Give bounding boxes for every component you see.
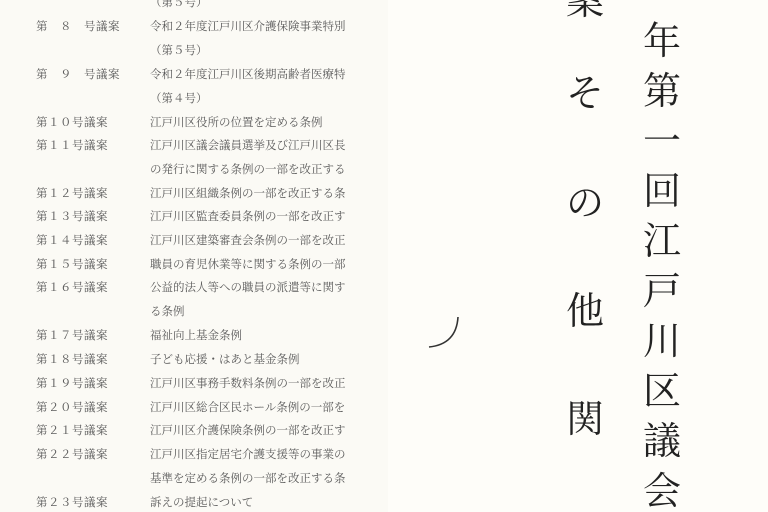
vchar: 回 [643, 172, 681, 210]
agenda-row: 第１５号議案職員の育児休業等に関する条例の一部 [0, 256, 388, 276]
vchar: の [566, 184, 604, 222]
bill-number: 第１９号議案 [36, 375, 108, 391]
agenda-row: （第５号） [0, 42, 388, 62]
vchar: 議 [643, 422, 681, 460]
vchar: そ [566, 74, 604, 112]
agenda-row: 第１４号議案江戸川区建築審査会条例の一部を改正 [0, 232, 388, 252]
bill-title: 江戸川区事務手数料条例の一部を改正 [150, 375, 346, 391]
vchar: 一 [643, 122, 681, 160]
vertical-text-outer-column: 年 第 一 回 江 戸 川 区 議 会 [643, 22, 681, 510]
bill-number: 第 ９ 号議案 [36, 66, 120, 82]
vertical-text-inner-column: 案 そ の 他 関 [566, 0, 604, 438]
bill-title: 江戸川区指定居宅介護支援等の事業の [150, 446, 346, 462]
bill-title: 江戸川区建築審査会条例の一部を改正 [150, 232, 346, 248]
bill-number: 第１６号議案 [36, 279, 108, 295]
left-page-agenda-list: （第５号）第 ８ 号議案令和２年度江戸川区介護保険事業特別（第５号）第 ９ 号議… [0, 0, 388, 512]
bill-number: 第 ８ 号議案 [36, 18, 120, 34]
bill-title: 江戸川区総合区民ホール条例の一部を [150, 399, 345, 415]
vchar: 川 [643, 322, 681, 360]
bill-number: 第１７号議案 [36, 327, 108, 343]
agenda-row: 第１１号議案江戸川区議会議員選挙及び江戸川区長 [0, 137, 388, 157]
vchar: 会 [643, 472, 681, 510]
agenda-row: 第 ９ 号議案令和２年度江戸川区後期高齢者医療特 [0, 66, 388, 86]
agenda-row: 第２０号議案江戸川区総合区民ホール条例の一部を [0, 399, 388, 419]
agenda-row: 第１０号議案江戸川区役所の位置を定める条例 [0, 114, 388, 134]
bill-title: 江戸川区役所の位置を定める条例 [150, 114, 323, 130]
bill-title: る条例 [150, 303, 185, 319]
bill-number: 第１８号議案 [36, 351, 108, 367]
agenda-row: 第２１号議案江戸川区介護保険条例の一部を改正す [0, 422, 388, 442]
vchar: 他 [566, 292, 604, 330]
agenda-row: 第１６号議案公益的法人等への職員の派遣等に関す [0, 279, 388, 299]
bill-number: 第２０号議案 [36, 399, 108, 415]
bill-title: 公益的法人等への職員の派遣等に関す [150, 279, 346, 295]
bill-title: 令和２年度江戸川区介護保険事業特別 [150, 18, 346, 34]
vchar: 江 [643, 222, 681, 260]
vchar: 戸 [643, 272, 681, 310]
bill-title: 江戸川区議会議員選挙及び江戸川区長 [150, 137, 346, 153]
bill-number: 第１１号議案 [36, 137, 108, 153]
bill-number: 第１０号議案 [36, 114, 108, 130]
bill-title: （第５号） [150, 0, 208, 10]
agenda-row: 第１７号議案福祉向上基金条例 [0, 327, 388, 347]
agenda-row: 第１９号議案江戸川区事務手数料条例の一部を改正 [0, 375, 388, 395]
agenda-row: 第２２号議案江戸川区指定居宅介護支援等の事業の [0, 446, 388, 466]
bill-number: 第１５号議案 [36, 256, 108, 272]
agenda-row: る条例 [0, 303, 388, 323]
bill-title: 令和２年度江戸川区後期高齢者医療特 [150, 66, 346, 82]
bill-number: 第１４号議案 [36, 232, 108, 248]
bill-title: 子ども応援・はあと基金条例 [150, 351, 300, 367]
agenda-row: 第１８号議案子ども応援・はあと基金条例 [0, 351, 388, 371]
agenda-row: （第５号） [0, 0, 388, 14]
bill-title: （第４号） [150, 90, 208, 106]
vchar: 区 [643, 372, 681, 410]
bill-number: 第１３号議案 [36, 208, 108, 224]
vchar: 案 [566, 0, 604, 20]
agenda-row: 第２３号議案訴えの提起について [0, 494, 388, 512]
bill-title: 福祉向上基金条例 [150, 327, 242, 343]
agenda-row: 第 ８ 号議案令和２年度江戸川区介護保険事業特別 [0, 18, 388, 38]
agenda-row: 第１２号議案江戸川区組織条例の一部を改正する条 [0, 185, 388, 205]
vchar: 第 [643, 72, 681, 110]
vchar: 関 [566, 400, 604, 438]
vchar: 年 [643, 22, 681, 60]
bill-title: （第５号） [150, 42, 208, 58]
agenda-row: 基準を定める条例の一部を改正する条 [0, 470, 388, 490]
bill-title: の発行に関する条例の一部を改正する [150, 161, 346, 177]
bill-title: 江戸川区監査委員条例の一部を改正す [150, 208, 346, 224]
bill-number: 第２３号議案 [36, 494, 108, 510]
bill-number: 第１２号議案 [36, 185, 108, 201]
agenda-row: （第４号） [0, 90, 388, 110]
agenda-row: 第１３号議案江戸川区監査委員条例の一部を改正す [0, 208, 388, 228]
bill-title: 江戸川区介護保険条例の一部を改正す [150, 422, 346, 438]
bill-title: 基準を定める条例の一部を改正する条 [150, 470, 346, 486]
bill-title: 職員の育児休業等に関する条例の一部 [150, 256, 346, 272]
bill-title: 江戸川区組織条例の一部を改正する条 [150, 185, 346, 201]
agenda-row: の発行に関する条例の一部を改正する [0, 161, 388, 181]
bill-number: 第２１号議案 [36, 422, 108, 438]
bill-number: 第２２号議案 [36, 446, 108, 462]
closing-bracket-stroke [425, 315, 465, 350]
bill-title: 訴えの提起について [150, 494, 253, 510]
